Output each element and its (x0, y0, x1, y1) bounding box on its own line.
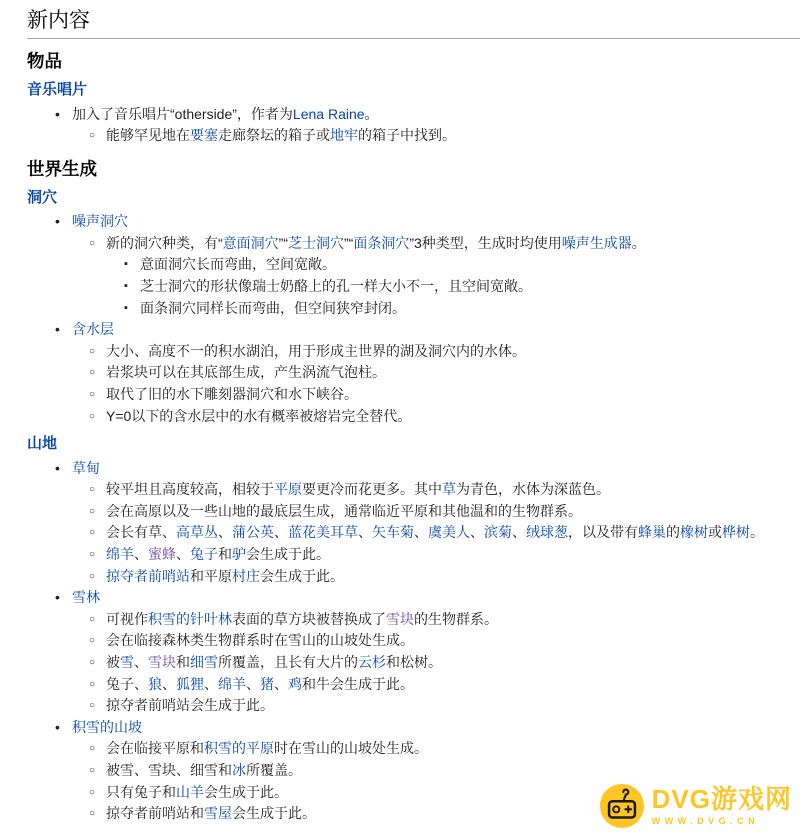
wiki-link[interactable]: 蒲公英 (232, 524, 274, 540)
wiki-link[interactable]: 面条洞穴 (353, 235, 409, 251)
wiki-link[interactable]: 山羊 (176, 784, 204, 800)
list-item: 较平坦且高度较高，相较于平原要更冷而花更多。其中草为青色，水体为深蓝色。 (106, 479, 800, 501)
wiki-link[interactable]: 积雪的平原 (204, 740, 274, 756)
list-item: 被雪、雪块、细雪和冰所覆盖。 (106, 760, 800, 782)
wiki-link[interactable]: 雪屋 (204, 805, 232, 821)
section-heading-world-gen: 世界生成 (27, 159, 800, 181)
list-item: 大小、高度不一的积水湖泊，用于形成主世界的湖及洞穴内的水体。 (106, 341, 800, 363)
wiki-link[interactable]: 积雪的针叶林 (148, 611, 232, 627)
list-item: 可视作积雪的针叶林表面的草方块被替换成了雪块的生物群系。 (106, 609, 800, 631)
list-item: 会在临接平原和积雪的平原时在雪山的山坡处生成。 (106, 738, 800, 760)
list-item: 会在高原以及一些山地的最底层生成，通常临近平原和其他温和的生物群系。 (106, 501, 800, 523)
wiki-link[interactable]: 冰 (232, 762, 246, 778)
wiki-link[interactable]: 音乐唱片 (27, 81, 87, 98)
list-item: 意面洞穴长而弯曲，空间宽敞。 (140, 254, 800, 276)
wiki-link[interactable]: 意面洞穴 (223, 235, 279, 251)
wiki-link[interactable]: 雪块 (148, 654, 176, 670)
wiki-link[interactable]: 噪声洞穴 (72, 213, 128, 229)
wiki-link[interactable]: 兔子 (190, 546, 218, 562)
wiki-link[interactable]: 积雪的山坡 (72, 719, 142, 735)
list-item: 会长有草、高草丛、蒲公英、蓝花美耳草、矢车菊、虞美人、滨菊、绒球葱，以及带有蜂巢… (106, 522, 800, 544)
list-item: Y=0以下的含水层中的水有概率被熔岩完全替代。 (106, 406, 800, 428)
wiki-link[interactable]: 掠夺者前哨站 (106, 568, 190, 584)
wiki-link[interactable]: 滨菊 (484, 524, 512, 540)
wiki-link[interactable]: 要塞 (190, 127, 218, 143)
wiki-link[interactable]: 村庄 (232, 568, 260, 584)
wiki-link[interactable]: 桦树 (722, 524, 750, 540)
wiki-link[interactable]: 雪林 (72, 589, 100, 605)
wiki-link[interactable]: 绵羊 (106, 546, 134, 562)
wiki-link[interactable]: 虞美人 (428, 524, 470, 540)
wiki-link[interactable]: 含水层 (72, 321, 114, 337)
wiki-link[interactable]: 猪 (260, 676, 274, 692)
list-item: 会在临接森林类生物群系时在雪山的山坡处生成。 (106, 630, 800, 652)
wiki-link[interactable]: 蜜蜂 (148, 546, 176, 562)
list-item: 芝士洞穴的形状像瑞士奶酪上的孔一样大小不一，且空间宽敞。 (140, 276, 800, 298)
watermark-url: WWW.DVG.CN (652, 816, 760, 826)
wiki-page: 新内容 物品 音乐唱片 加入了音乐唱片“otherside”，作者为Lena R… (0, 0, 800, 833)
wiki-link[interactable]: 鸡 (288, 676, 302, 692)
section-heading-items: 物品 (27, 51, 800, 73)
site-watermark: DVG游戏网 WWW.DVG.CN (599, 783, 792, 829)
wiki-link[interactable]: 矢车菊 (372, 524, 414, 540)
list-item: 面条洞穴同样长而弯曲，但空间狭窄封闭。 (140, 298, 800, 320)
list-item: 兔子、狼、狐狸、绵羊、猪、鸡和牛会生成于此。 (106, 674, 800, 696)
list-item: 被雪、雪块和细雪所覆盖，且长有大片的云杉和松树。 (106, 652, 800, 674)
list-item: 岩浆块可以在其底部生成，产生涡流气泡柱。 (106, 362, 800, 384)
wiki-link[interactable]: 细雪 (190, 654, 218, 670)
list-item: 加入了音乐唱片“otherside”，作者为Lena Raine。 (72, 104, 800, 126)
watermark-brand: DVG游戏网 (652, 786, 792, 812)
list-item: 能够罕见地在要塞走廊祭坛的箱子或地牢的箱子中找到。 (106, 125, 800, 147)
wiki-link[interactable]: 驴 (232, 546, 246, 562)
list-item: 掠夺者前哨站和平原村庄会生成于此。 (106, 566, 800, 588)
wiki-link[interactable]: 草甸 (72, 460, 100, 476)
wiki-link[interactable]: 地牢 (330, 127, 358, 143)
page-title: 新内容 (27, 5, 800, 39)
list-item: 噪声洞穴 (72, 211, 800, 233)
subsection-heading-music-disc: 音乐唱片 (27, 80, 800, 100)
list-item: 取代了旧的水下雕刻器洞穴和水下峡谷。 (106, 384, 800, 406)
wiki-link[interactable]: 洞穴 (27, 189, 57, 206)
subsection-heading-caves: 洞穴 (27, 188, 800, 208)
wiki-link[interactable]: 蜂巢 (638, 524, 666, 540)
list-item: 积雪的山坡 (72, 717, 800, 739)
article-body: 新内容 物品 音乐唱片 加入了音乐唱片“otherside”，作者为Lena R… (0, 5, 800, 825)
wiki-link[interactable]: 芝士洞穴 (288, 235, 344, 251)
wiki-link[interactable]: Lena Raine (293, 106, 365, 122)
wiki-link[interactable]: 平原 (274, 481, 302, 497)
wiki-link[interactable]: 高草丛 (176, 524, 218, 540)
wiki-link[interactable]: 橡树 (680, 524, 708, 540)
list-item: 雪林 (72, 587, 800, 609)
wiki-link[interactable]: 狼 (148, 676, 162, 692)
list-item: 掠夺者前哨站会生成于此。 (106, 695, 800, 717)
wiki-link[interactable]: 草 (442, 481, 456, 497)
gamepad-icon (599, 783, 645, 829)
list-item: 含水层 (72, 319, 800, 341)
list-item: 草甸 (72, 458, 800, 480)
wiki-link[interactable]: 山地 (27, 435, 57, 452)
wiki-link[interactable]: 雪 (120, 654, 134, 670)
subsection-heading-mountains: 山地 (27, 434, 800, 454)
list-item: 绵羊、蜜蜂、兔子和驴会生成于此。 (106, 544, 800, 566)
wiki-link[interactable]: 蓝花美耳草 (288, 524, 358, 540)
wiki-link[interactable]: 云杉 (358, 654, 386, 670)
wiki-link[interactable]: 绵羊 (218, 676, 246, 692)
wiki-link[interactable]: 噪声生成器 (562, 235, 632, 251)
list-item: 新的洞穴种类，有“意面洞穴”“芝士洞穴”“面条洞穴”3种类型，生成时均使用噪声生… (106, 233, 800, 255)
wiki-link[interactable]: 狐狸 (176, 676, 204, 692)
wiki-link[interactable]: 雪块 (386, 611, 414, 627)
wiki-link[interactable]: 绒球葱 (526, 524, 568, 540)
